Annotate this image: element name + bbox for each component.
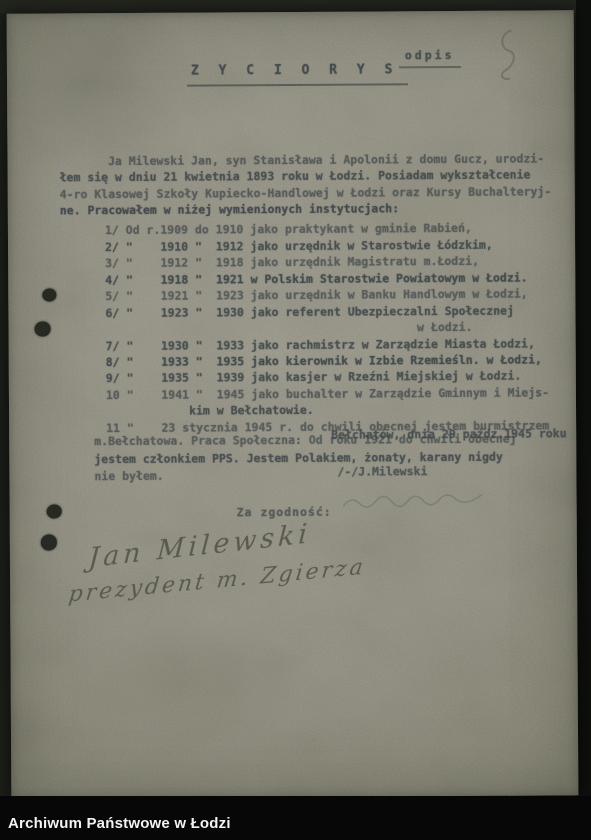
scan-background: odpis Z Y C I O R Y S Ja Milewski Jan, s… xyxy=(0,0,591,840)
punch-hole xyxy=(34,321,50,336)
typed-signature: /-/J.Milewski xyxy=(337,463,427,480)
date-line: Bełchatów, dnia 29 paźdz.1945 roku xyxy=(331,425,567,443)
document-page: odpis Z Y C I O R Y S Ja Milewski Jan, s… xyxy=(7,10,579,798)
certification-line: Za zgodność: xyxy=(237,504,332,521)
punch-hole xyxy=(47,504,62,518)
paper-stain xyxy=(50,612,311,754)
mat-edge-right xyxy=(576,0,591,840)
pencil-mark-top-right xyxy=(489,25,529,85)
typed-line: nie byłem. xyxy=(94,466,516,486)
archive-caption: Archiwum Państwowe w Łodzi xyxy=(8,815,231,832)
page-title: Z Y C I O R Y S xyxy=(187,62,409,86)
punch-hole xyxy=(41,534,57,550)
punch-hole xyxy=(42,288,56,301)
pencil-scribble-certify xyxy=(340,489,490,516)
